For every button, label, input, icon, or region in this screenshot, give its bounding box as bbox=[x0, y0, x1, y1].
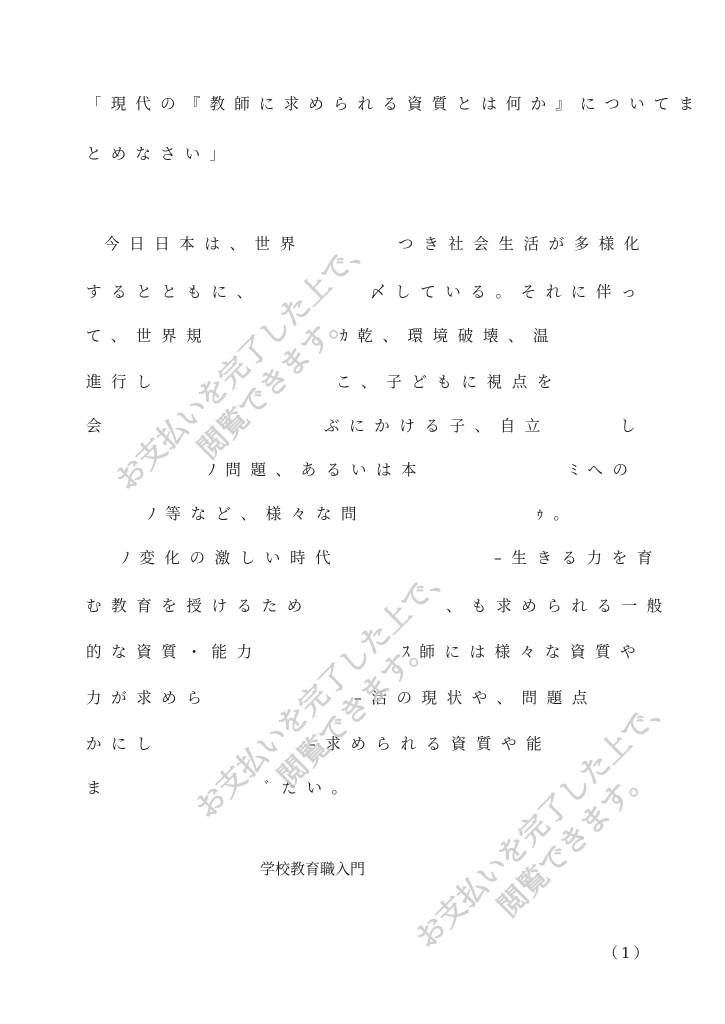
page-number: （1） bbox=[603, 942, 652, 963]
body-text-fragment: –生きる力を育 bbox=[494, 546, 662, 570]
body-line: む教育を授けるため、も求められる一般 bbox=[0, 594, 725, 618]
body-line: ﾉ等など、様々な問ｩ。 bbox=[0, 502, 725, 526]
body-line: ﾉ変化の激しい時代–生きる力を育 bbox=[0, 546, 725, 570]
body-text-fragment: かにし bbox=[86, 732, 161, 756]
title-line-2: とめなさい」 bbox=[0, 142, 725, 166]
title-text: とめなさい」 bbox=[86, 142, 234, 166]
body-text-fragment: 、も求められる一般 bbox=[446, 594, 672, 618]
body-line: 今日日本は、世界つき社会生活が多様化 bbox=[0, 232, 725, 256]
body-line: するとともに、〆している。それに伴っ bbox=[0, 280, 725, 304]
body-line: て、世界規ｶ乾、環境破壊、温 bbox=[0, 324, 725, 348]
body-text-fragment: ｽ師には様々な資質や bbox=[402, 640, 645, 664]
body-line: 会ぶにかける子、自立し bbox=[0, 414, 725, 438]
watermark-line-1: お支払いを完了した上で、 bbox=[109, 227, 379, 497]
body-text-fragment: ま bbox=[86, 776, 111, 800]
body-text-fragment: ｶ乾、環境破壊、温 bbox=[340, 324, 558, 348]
body-text-fragment: つき社会生活が多様化 bbox=[398, 232, 649, 256]
watermark-line-1: お支払いを完了した上で、 bbox=[409, 685, 679, 955]
subject-label: 学校教育職入門 bbox=[260, 858, 365, 879]
title-text: 「現代の『教師に求められる資質とは何か』についてま bbox=[86, 92, 703, 116]
body-text-fragment: ｩ。 bbox=[536, 502, 578, 526]
watermark: お支払いを完了した上で、 閲覧できます。 bbox=[408, 684, 705, 981]
body-text-fragment: ﾉ等など、様々な問 bbox=[148, 502, 366, 526]
document-page: 「現代の『教師に求められる資質とは何か』についてま とめなさい」 今日日本は、世… bbox=[0, 0, 725, 1024]
body-text-fragment: し bbox=[620, 414, 645, 438]
body-text-fragment: ぶにかける子、自立 bbox=[324, 414, 550, 438]
body-text-fragment: 〆している。それに伴っ bbox=[370, 280, 646, 304]
body-text-fragment: 会 bbox=[86, 414, 111, 438]
body-line: まﾞたい。 bbox=[0, 776, 725, 800]
body-text-fragment: 力が求めら bbox=[86, 686, 212, 710]
body-text-fragment: –求められる資質や能 bbox=[308, 732, 551, 756]
body-text-fragment: ﾉ問題、あるいは本 bbox=[208, 458, 426, 482]
body-text-fragment: するとともに、 bbox=[86, 280, 262, 304]
body-text-fragment: 進行し bbox=[86, 370, 161, 394]
body-line: 進行しこ、子どもに視点を bbox=[0, 370, 725, 394]
body-text-fragment: 的な資質・能力 bbox=[86, 640, 262, 664]
body-line: 力が求めら–活の現状や、問題点 bbox=[0, 686, 725, 710]
title-line-1: 「現代の『教師に求められる資質とは何か』についてま bbox=[0, 92, 725, 116]
body-line: ﾉ問題、あるいは本ﾐへの bbox=[0, 458, 725, 482]
body-line: かにし–求められる資質や能 bbox=[0, 732, 725, 756]
body-text-fragment: 今日日本は、世界 bbox=[104, 232, 305, 256]
body-line: 的な資質・能力ｽ師には様々な資質や bbox=[0, 640, 725, 664]
body-text-fragment: –活の現状や、問題点 bbox=[354, 686, 597, 710]
body-text-fragment: ﾉ変化の激しい時代 bbox=[122, 546, 340, 570]
body-text-fragment: こ、子どもに視点を bbox=[336, 370, 562, 394]
body-text-fragment: ﾐへの bbox=[570, 458, 638, 482]
body-text-fragment: む教育を授けるため bbox=[86, 594, 312, 618]
body-text-fragment: ﾞたい。 bbox=[264, 776, 357, 800]
watermark-line-2: 閲覧できます。 bbox=[213, 580, 484, 851]
body-text-fragment: て、世界規 bbox=[86, 324, 211, 348]
